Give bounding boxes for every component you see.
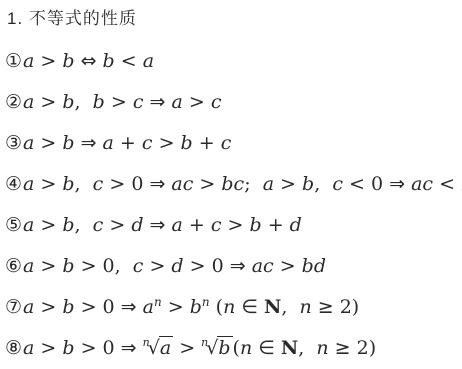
math-token: a (103, 132, 114, 154)
math-token: + (114, 132, 142, 154)
formula-line: ①a > b ⇔ b < a (5, 51, 458, 71)
math-token: ( (210, 296, 223, 318)
item-number: ③ (5, 132, 22, 154)
math-token: a (143, 296, 154, 318)
math-token: a (23, 50, 34, 72)
math-token: < (433, 173, 461, 195)
math-token: ⇒ (383, 173, 411, 195)
math-token: a (23, 214, 34, 236)
formula-line: ⑦a > b > 0 ⇒ an > bn (n ∈ N, n ≥ 2) (5, 297, 458, 317)
radicand: a (159, 336, 173, 359)
math-token: > (34, 255, 62, 277)
math-token: < (115, 50, 143, 72)
item-number: ⑤ (5, 214, 22, 236)
math-token: n (154, 295, 162, 309)
math-token: ⇒ (75, 132, 103, 154)
math-token: , (298, 337, 316, 359)
math-token: d (171, 255, 183, 277)
radicand: b (217, 336, 232, 359)
nth-root: n√b (201, 337, 232, 359)
math-token: > (153, 132, 181, 154)
math-token: c (93, 214, 104, 236)
math-token: > 0 (103, 173, 143, 195)
math-token: > (162, 296, 190, 318)
math-token: c (142, 132, 153, 154)
math-token: < 0 (343, 173, 383, 195)
math-token: a (23, 337, 34, 359)
math-token: > (34, 50, 62, 72)
math-token: b (62, 255, 74, 277)
math-token: bc (221, 173, 244, 195)
document-page: 1. 不等式的性质 ①a > b ⇔ b < a②a > b, b > c ⇒ … (0, 0, 462, 369)
math-token: c (133, 91, 144, 113)
item-number: ④ (5, 173, 22, 195)
math-token: > (34, 173, 62, 195)
math-token: c (211, 91, 222, 113)
math-token: ( (233, 337, 240, 359)
math-token: b (302, 173, 314, 195)
formula-line: ⑤a > b, c > d ⇒ a + c > b + d (5, 215, 458, 235)
math-token: > (34, 214, 62, 236)
math-token: b (62, 91, 74, 113)
math-token: d (290, 214, 302, 236)
math-token: ⇒ (143, 173, 171, 195)
math-token: a (23, 255, 34, 277)
math-token: ⇒ (144, 214, 172, 236)
math-token: a (263, 173, 274, 195)
math-token: ⇒ (115, 296, 143, 318)
math-token: , (314, 173, 332, 195)
math-token: , (281, 296, 299, 318)
math-token: > (274, 255, 302, 277)
math-token: ∈ (235, 296, 264, 318)
math-token: > (103, 214, 131, 236)
math-token: n (299, 296, 311, 318)
nth-root: n√a (143, 337, 174, 359)
math-token: c (221, 132, 232, 154)
math-token: b (62, 214, 74, 236)
formula-line: ⑥a > b > 0, c > d > 0 ⇒ ac > bd (5, 256, 458, 276)
math-token: n (240, 337, 252, 359)
math-token: 2) (357, 337, 377, 359)
math-token: n (202, 295, 210, 309)
math-token: ac (411, 173, 433, 195)
math-token: b (62, 132, 74, 154)
math-token: ⇒ (144, 91, 172, 113)
formula-line: ④a > b, c > 0 ⇒ ac > bc; a > b, c < 0 ⇒ … (5, 174, 458, 194)
math-token: c (332, 173, 343, 195)
math-token: N (264, 296, 281, 318)
math-token: > (183, 91, 211, 113)
math-token: ac (252, 255, 274, 277)
math-token: a (23, 132, 34, 154)
item-number: ⑥ (5, 255, 22, 277)
math-token: b (190, 296, 202, 318)
math-token: + (193, 132, 221, 154)
math-token: b (62, 296, 74, 318)
math-token: ≥ (329, 337, 357, 359)
math-token: > (34, 132, 62, 154)
formula-line: ③a > b ⇒ a + c > b + c (5, 133, 458, 153)
formula-line: ②a > b, b > c ⇒ a > c (5, 92, 458, 112)
item-number: ⑦ (5, 296, 22, 318)
math-token: ; (244, 173, 262, 195)
math-token: bd (302, 255, 326, 277)
math-token: 2) (340, 296, 360, 318)
math-token: c (133, 255, 144, 277)
math-token: b (62, 173, 74, 195)
math-token: a (172, 91, 183, 113)
math-token: > (105, 91, 133, 113)
math-token: a (23, 173, 34, 195)
math-token: a (143, 50, 154, 72)
math-token: b (181, 132, 193, 154)
math-token: > 0 (184, 255, 224, 277)
item-number: ① (5, 50, 22, 72)
math-token: a (172, 214, 183, 236)
math-token: > 0 (75, 296, 115, 318)
math-token: n (223, 296, 235, 318)
math-token: c (211, 214, 222, 236)
math-token: + (183, 214, 211, 236)
math-token: > (143, 255, 171, 277)
math-token: b (249, 214, 261, 236)
math-token: > 0 (75, 337, 115, 359)
math-token: + (262, 214, 290, 236)
page-title: 1. 不等式的性质 (7, 8, 458, 30)
math-token: b (103, 50, 115, 72)
math-token: > (193, 173, 221, 195)
math-token: d (131, 214, 143, 236)
math-token: ∈ (252, 337, 281, 359)
math-token: a (23, 91, 34, 113)
math-token: n (316, 337, 328, 359)
formula-list: ①a > b ⇔ b < a②a > b, b > c ⇒ a > c③a > … (5, 51, 458, 358)
math-token: , (75, 214, 93, 236)
math-token: ≥ (312, 296, 340, 318)
math-token: c (93, 173, 104, 195)
math-token: > (274, 173, 302, 195)
math-token: > (34, 337, 62, 359)
item-number: ⑧ (5, 337, 22, 359)
math-token: ⇒ (115, 337, 143, 359)
math-token: ac (171, 173, 193, 195)
math-token: , (75, 173, 93, 195)
math-token: > 0, (75, 255, 133, 277)
math-token: > (34, 296, 62, 318)
math-token: > (173, 337, 201, 359)
item-number: ② (5, 91, 22, 113)
math-token: a (23, 296, 34, 318)
math-token: > (34, 91, 62, 113)
math-token: b (62, 337, 74, 359)
math-token: , (75, 91, 93, 113)
math-token: > (221, 214, 249, 236)
math-token: ⇔ (75, 50, 103, 72)
math-token: ⇒ (224, 255, 252, 277)
formula-line: ⑧a > b > 0 ⇒ n√a > n√b(n ∈ N, n ≥ 2) (5, 338, 458, 358)
math-token: b (62, 50, 74, 72)
math-token: N (281, 337, 298, 359)
math-token: b (93, 91, 105, 113)
